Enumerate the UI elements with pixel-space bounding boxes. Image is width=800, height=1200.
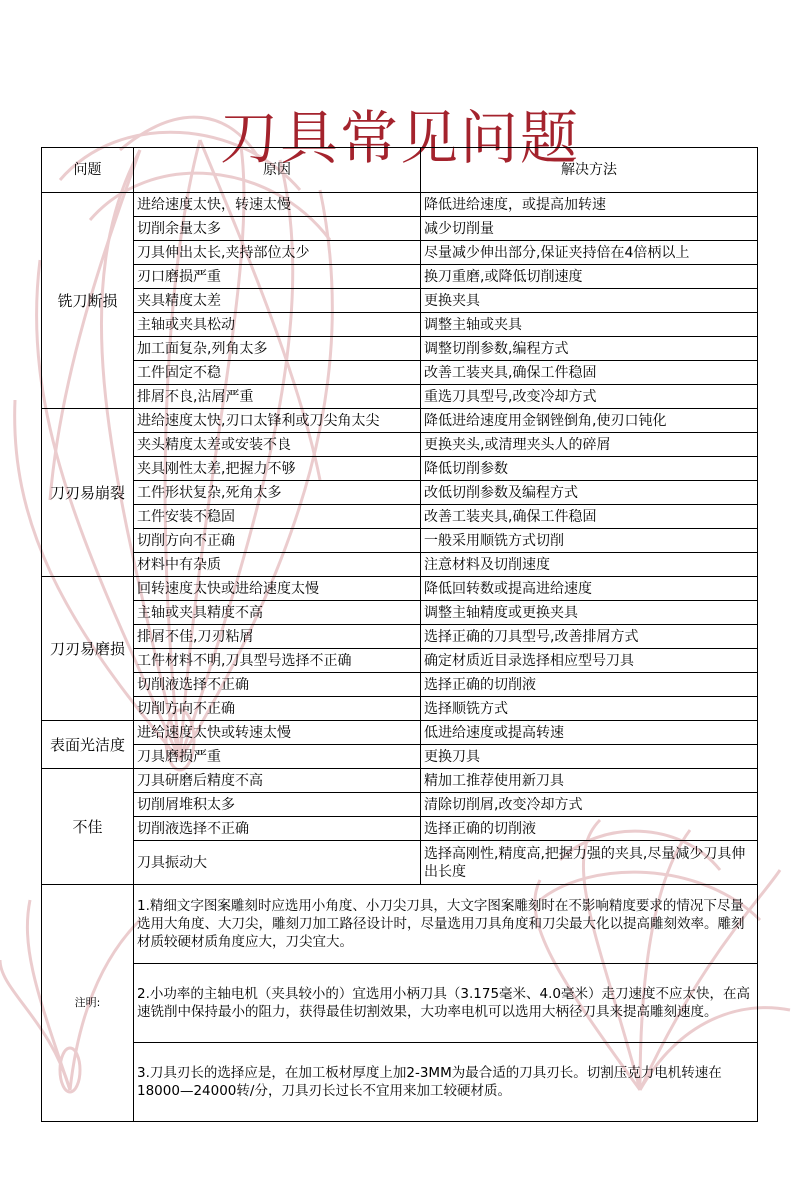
header-solution: 解决方法: [421, 148, 758, 193]
table-row: 切削屑堆积太多 清除切削屑,改变冷却方式: [42, 793, 758, 817]
solution-cell: 调整主轴或夹具: [421, 313, 758, 337]
table-row: 切削方向不正确 一般采用顺铣方式切削: [42, 529, 758, 553]
table-row: 切削余量太多 减少切削量: [42, 217, 758, 241]
cause-cell: 工件形状复杂,死角太多: [134, 481, 421, 505]
problem-category: 铣刀断损: [42, 193, 134, 409]
table-row: 夹具刚性太差,把握力不够 降低切削参数: [42, 457, 758, 481]
cause-cell: 夹具精度太差: [134, 289, 421, 313]
table-row: 工件安装不稳固 改善工装夹具,确保工件稳固: [42, 505, 758, 529]
table-row: 切削方向不正确 选择顺铣方式: [42, 697, 758, 721]
table-row: 夹头精度太差或安装不良 更换夹头,或清理夹头人的碎屑: [42, 433, 758, 457]
table-row: 刀具伸出太长,夹持部位太少 尽量减少伸出部分,保证夹持倍在4倍柄以上: [42, 241, 758, 265]
solution-cell: 减少切削量: [421, 217, 758, 241]
cause-cell: 加工面复杂,列角太多: [134, 337, 421, 361]
table-row: 加工面复杂,列角太多 调整切削参数,编程方式: [42, 337, 758, 361]
problem-category: 刀刃易崩裂: [42, 409, 134, 577]
cause-cell: 工件材料不明,刀具型号选择不正确: [134, 649, 421, 673]
table-row: 排屑不良,沾屑严重 重选刀具型号,改变冷却方式: [42, 385, 758, 409]
cause-cell: 切削屑堆积太多: [134, 793, 421, 817]
problem-category: 表面光洁度: [42, 721, 134, 769]
problem-category: 刀刃易磨损: [42, 577, 134, 721]
solution-cell: 重选刀具型号,改变冷却方式: [421, 385, 758, 409]
solution-cell: 降低进给速度用金钢锉倒角,使刃口钝化: [421, 409, 758, 433]
solution-cell: 改善工装夹具,确保工件稳固: [421, 505, 758, 529]
cause-cell: 夹头精度太差或安装不良: [134, 433, 421, 457]
cause-cell: 刀具磨损严重: [134, 745, 421, 769]
cause-cell: 夹具刚性太差,把握力不够: [134, 457, 421, 481]
problem-category: 不佳: [42, 769, 134, 885]
table-row: 切削液选择不正确 选择正确的切削液: [42, 673, 758, 697]
solution-cell: 选择顺铣方式: [421, 697, 758, 721]
note-row: 3.刀具刃长的选择应是，在加工板材厚度上加2-3MM为最合适的刀具刃长。切割压克…: [42, 1043, 758, 1122]
table-row: 工件材料不明,刀具型号选择不正确 确定材质近目录选择相应型号刀具: [42, 649, 758, 673]
table-row: 刀刃易崩裂 进给速度太快,刃口太锋利或刀尖角太尖 降低进给速度用金钢锉倒角,使刃…: [42, 409, 758, 433]
cause-cell: 工件固定不稳: [134, 361, 421, 385]
table-row: 刀刃易磨损 回转速度太快或进给速度太慢 降低回转数或提高进给速度: [42, 577, 758, 601]
cause-cell: 材料中有杂质: [134, 553, 421, 577]
table-row: 表面光洁度 进给速度太快或转速太慢 低进给速度或提高转速: [42, 721, 758, 745]
table-row: 排屑不佳,刀刃粘屑 选择正确的刀具型号,改善排屑方式: [42, 625, 758, 649]
header-cause: 原因: [134, 148, 421, 193]
note-row: 注明: 1.精细文字图案雕刻时应选用小角度、小刀尖刀具，大文字图案雕刻时在不影响…: [42, 885, 758, 964]
table-row: 夹具精度太差 更换夹具: [42, 289, 758, 313]
cause-cell: 工件安装不稳固: [134, 505, 421, 529]
notes-label: 注明:: [42, 885, 134, 1122]
cause-cell: 主轴或夹具松动: [134, 313, 421, 337]
table-row: 刀具振动大 选择高刚性,精度高,把握力强的夹具,尽量减少刀具伸出长度: [42, 841, 758, 885]
solution-cell: 低进给速度或提高转速: [421, 721, 758, 745]
cause-cell: 排屑不良,沾屑严重: [134, 385, 421, 409]
solution-cell: 选择正确的切削液: [421, 817, 758, 841]
solution-cell: 选择高刚性,精度高,把握力强的夹具,尽量减少刀具伸出长度: [421, 841, 758, 885]
table-row: 工件形状复杂,死角太多 改低切削参数及编程方式: [42, 481, 758, 505]
table-row: 铣刀断损 进给速度太快，转速太慢 降低进给速度，或提高加转速: [42, 193, 758, 217]
solution-cell: 降低进给速度，或提高加转速: [421, 193, 758, 217]
cause-cell: 回转速度太快或进给速度太慢: [134, 577, 421, 601]
solution-cell: 尽量减少伸出部分,保证夹持倍在4倍柄以上: [421, 241, 758, 265]
table-row: 刃口磨损严重 换刀重磨,或降低切削速度: [42, 265, 758, 289]
cause-cell: 切削液选择不正确: [134, 817, 421, 841]
solution-cell: 选择正确的刀具型号,改善排屑方式: [421, 625, 758, 649]
cause-cell: 进给速度太快,刃口太锋利或刀尖角太尖: [134, 409, 421, 433]
solution-cell: 调整切削参数,编程方式: [421, 337, 758, 361]
solution-cell: 更换刀具: [421, 745, 758, 769]
solution-cell: 换刀重磨,或降低切削速度: [421, 265, 758, 289]
header-problem: 问题: [42, 148, 134, 193]
solution-cell: 调整主轴精度或更换夹具: [421, 601, 758, 625]
solution-cell: 注意材料及切削速度: [421, 553, 758, 577]
solution-cell: 更换夹头,或清理夹头人的碎屑: [421, 433, 758, 457]
cause-cell: 切削方向不正确: [134, 529, 421, 553]
solution-cell: 一般采用顺铣方式切削: [421, 529, 758, 553]
cause-cell: 刀具振动大: [134, 841, 421, 885]
solution-cell: 选择正确的切削液: [421, 673, 758, 697]
solution-cell: 改低切削参数及编程方式: [421, 481, 758, 505]
note-row: 2.小功率的主轴电机（夹具较小的）宜选用小柄刀具（3.175毫米、4.0毫米）走…: [42, 964, 758, 1043]
note-item: 1.精细文字图案雕刻时应选用小角度、小刀尖刀具，大文字图案雕刻时在不影响精度要求…: [134, 885, 758, 964]
table-row: 材料中有杂质 注意材料及切削速度: [42, 553, 758, 577]
cause-cell: 切削方向不正确: [134, 697, 421, 721]
solution-cell: 清除切削屑,改变冷却方式: [421, 793, 758, 817]
cause-cell: 刀具伸出太长,夹持部位太少: [134, 241, 421, 265]
table-row: 主轴或夹具精度不高 调整主轴精度或更换夹具: [42, 601, 758, 625]
solution-cell: 降低切削参数: [421, 457, 758, 481]
table-row: 不佳 刀具研磨后精度不高 精加工推荐使用新刀具: [42, 769, 758, 793]
cause-cell: 切削余量太多: [134, 217, 421, 241]
solution-cell: 更换夹具: [421, 289, 758, 313]
table-row: 切削液选择不正确 选择正确的切削液: [42, 817, 758, 841]
cause-cell: 刃口磨损严重: [134, 265, 421, 289]
solution-cell: 降低回转数或提高进给速度: [421, 577, 758, 601]
table-row: 主轴或夹具松动 调整主轴或夹具: [42, 313, 758, 337]
solution-cell: 精加工推荐使用新刀具: [421, 769, 758, 793]
note-item: 2.小功率的主轴电机（夹具较小的）宜选用小柄刀具（3.175毫米、4.0毫米）走…: [134, 964, 758, 1043]
cause-cell: 进给速度太快或转速太慢: [134, 721, 421, 745]
cause-cell: 切削液选择不正确: [134, 673, 421, 697]
cause-cell: 进给速度太快，转速太慢: [134, 193, 421, 217]
table-header-row: 问题 原因 解决方法: [42, 148, 758, 193]
cause-cell: 排屑不佳,刀刃粘屑: [134, 625, 421, 649]
tool-problems-table: 问题 原因 解决方法 铣刀断损 进给速度太快，转速太慢 降低进给速度，或提高加转…: [41, 147, 758, 1122]
solution-cell: 改善工装夹具,确保工件稳固: [421, 361, 758, 385]
note-item: 3.刀具刃长的选择应是，在加工板材厚度上加2-3MM为最合适的刀具刃长。切割压克…: [134, 1043, 758, 1122]
cause-cell: 主轴或夹具精度不高: [134, 601, 421, 625]
solution-cell: 确定材质近目录选择相应型号刀具: [421, 649, 758, 673]
cause-cell: 刀具研磨后精度不高: [134, 769, 421, 793]
table-row: 工件固定不稳 改善工装夹具,确保工件稳固: [42, 361, 758, 385]
table-row: 刀具磨损严重 更换刀具: [42, 745, 758, 769]
